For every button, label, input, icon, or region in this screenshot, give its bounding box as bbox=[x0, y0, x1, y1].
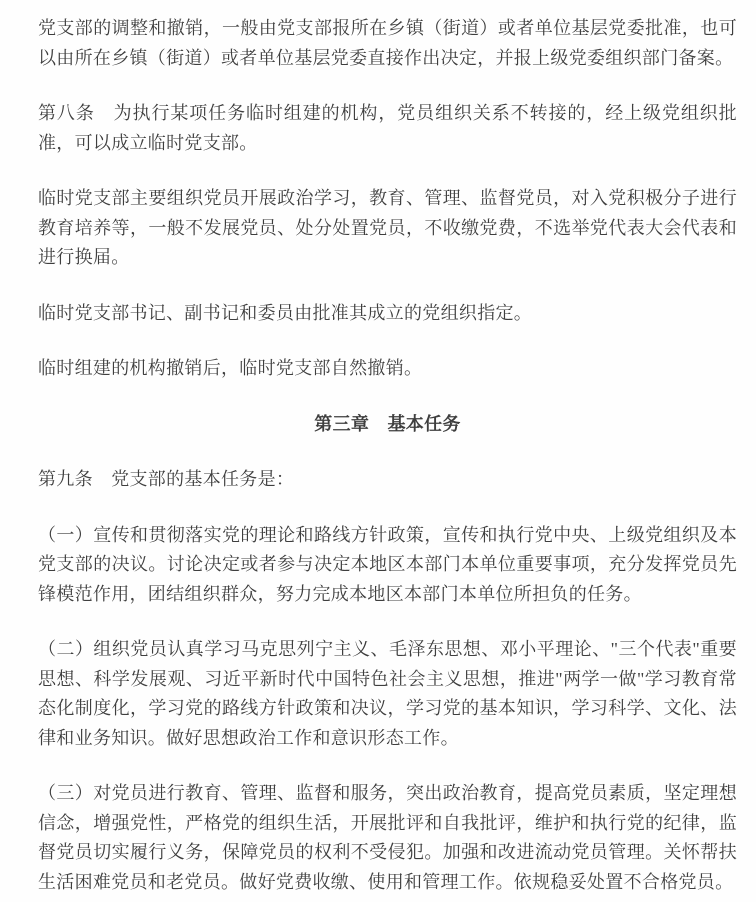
paragraph: 党支部的调整和撤销，一般由党支部报所在乡镇（街道）或者单位基层党委批准，也可以由… bbox=[38, 14, 737, 73]
paragraph: （二）组织党员认真学习马克思列宁主义、毛泽东思想、邓小平理论、"三个代表"重要思… bbox=[38, 635, 737, 753]
paragraph: 临时组建的机构撤销后，临时党支部自然撤销。 bbox=[38, 354, 737, 384]
document-page: 党支部的调整和撤销，一般由党支部报所在乡镇（街道）或者单位基层党委批准，也可以由… bbox=[0, 0, 756, 902]
paragraph: （一）宣传和贯彻落实党的理论和路线方针政策，宣传和执行党中央、上级党组织及本党支… bbox=[38, 521, 737, 610]
paragraph: 第八条 为执行某项任务临时组建的机构，党员组织关系不转接的，经上级党组织批准，可… bbox=[38, 99, 737, 158]
paragraph: （三）对党员进行教育、管理、监督和服务，突出政治教育，提高党员素质，坚定理想信念… bbox=[38, 779, 737, 897]
paragraph: 临时党支部主要组织党员开展政治学习，教育、管理、监督党员，对入党积极分子进行教育… bbox=[38, 184, 737, 273]
paragraph: 临时党支部书记、副书记和委员由批准其成立的党组织指定。 bbox=[38, 299, 737, 329]
paragraph: 第九条 党支部的基本任务是： bbox=[38, 465, 737, 495]
chapter-heading: 第三章 基本任务 bbox=[38, 410, 737, 440]
document-body: 党支部的调整和撤销，一般由党支部报所在乡镇（街道）或者单位基层党委批准，也可以由… bbox=[0, 0, 756, 897]
